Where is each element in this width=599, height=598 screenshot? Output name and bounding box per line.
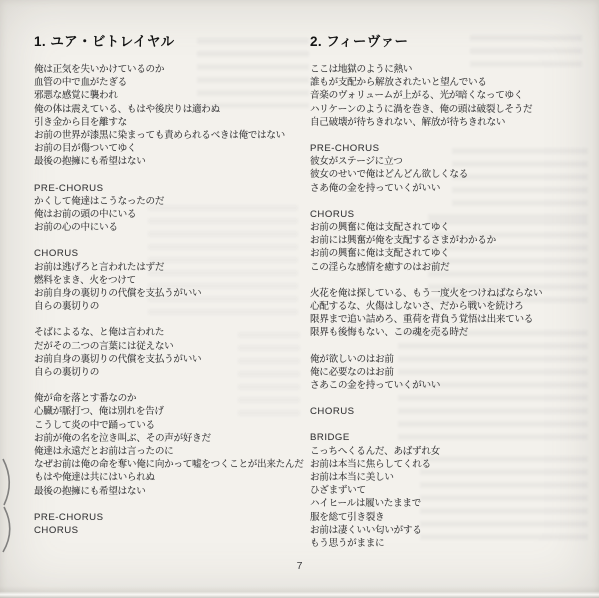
lyric-line: こうして炎の中で踊っている	[34, 419, 312, 432]
section-label: CHORUS	[34, 524, 312, 537]
lyric-line: 限界まで追い詰めろ、重荷を背負う覚悟は出来ている	[310, 313, 588, 326]
stanza: CHORUSお前は逃げろと言われたはずだ燃料をまき、火をつけてお前自身の裏切りの…	[34, 247, 312, 313]
lyric-line: 自らの裏切りの	[34, 300, 312, 313]
lyric-line: この淫らな感情を癒すのはお前だ	[310, 261, 588, 274]
lyric-line: 最後の抱擁にも希望はない	[34, 485, 312, 498]
lyric-line: お前は逃げろと言われたはずだ	[34, 261, 312, 274]
section-label: CHORUS	[310, 208, 588, 221]
lyric-line: お前の心の中にいる	[34, 221, 312, 234]
lyric-line: ハイヒールは履いたままで	[310, 497, 588, 510]
lyrics-body: ここは地獄のように熱い誰もが支配から解放されたいと望んでいる音楽のヴォリュームが…	[310, 63, 588, 550]
lyric-line: そばによるな、と俺は言われた	[34, 326, 312, 339]
stanza: 俺は正気を失いかけているのか血管の中で血がたぎる邪悪な感覚に襲われ俺の体は震えて…	[34, 63, 312, 169]
lyric-line: お前は本当に焦らしてくれる	[310, 458, 588, 471]
lyric-line: なぜお前は俺の命を奪い俺に向かって嘘をつくことが出来たんだ	[34, 458, 312, 471]
section-label: CHORUS	[310, 405, 588, 418]
stanza: 火花を俺は探している、もう一度火をつけねばならない心配するな、火傷はしないさ、だ…	[310, 287, 588, 340]
lyric-line: 血管の中で血がたぎる	[34, 76, 312, 89]
booklet-page: 1. ユア・ビトレイヤル 俺は正気を失いかけているのか血管の中で血がたぎる邪悪な…	[0, 0, 599, 598]
lyric-line: 引き金から目を離すな	[34, 116, 312, 129]
lyric-line: 俺達は永遠だとお前は言ったのに	[34, 445, 312, 458]
lyric-line: 俺が命を落とす番なのか	[34, 392, 312, 405]
section-label: PRE-CHORUS	[310, 142, 588, 155]
stanza: CHORUS	[310, 405, 588, 418]
lyrics-body: 俺は正気を失いかけているのか血管の中で血がたぎる邪悪な感覚に襲われ俺の体は震えて…	[34, 63, 312, 537]
lyric-line: さあこの金を持っていくがいい	[310, 379, 588, 392]
section-label: BRIDGE	[310, 431, 588, 444]
lyric-line: 彼女のせいで俺はどんどん欲しくなる	[310, 168, 588, 181]
lyric-line: お前は本当に美しい	[310, 471, 588, 484]
lyric-line: 燃料をまき、火をつけて	[34, 274, 312, 287]
lyric-line: だがその二つの言葉には従えない	[34, 340, 312, 353]
stanza: ここは地獄のように熱い誰もが支配から解放されたいと望んでいる音楽のヴォリュームが…	[310, 63, 588, 129]
lyric-line: さあ俺の金を持っていくがいい	[310, 182, 588, 195]
song-column-1: 1. ユア・ビトレイヤル 俺は正気を失いかけているのか血管の中で血がたぎる邪悪な…	[34, 30, 312, 550]
lyric-line: 最後の抱擁にも希望はない	[34, 155, 312, 168]
lyric-line: お前の目が傷ついてゆく	[34, 142, 312, 155]
lyric-line: 心配するな、火傷はしないさ、だから戦いを続けろ	[310, 300, 588, 313]
lyric-line: もはや俺達は共にはいられぬ	[34, 471, 312, 484]
page-bottom-edge	[0, 586, 599, 598]
lyric-line: お前の興奮に俺は支配されてゆく	[310, 247, 588, 260]
lyric-line: お前自身の裏切りの代償を支払うがいい	[34, 287, 312, 300]
lyric-line: 誰もが支配から解放されたいと望んでいる	[310, 76, 588, 89]
scan-edge-artifact	[0, 455, 20, 555]
lyric-line: もう思うがままに	[310, 537, 588, 550]
song-title: 1. ユア・ビトレイヤル	[34, 30, 312, 50]
section-label: PRE-CHORUS	[34, 182, 312, 195]
song-column-2: 2. フィーヴァー ここは地獄のように熱い誰もが支配から解放されたいと望んでいる…	[310, 30, 588, 563]
lyric-line: 彼女がステージに立つ	[310, 155, 588, 168]
stanza: PRE-CHORUSかくして俺達はこうなったのだ俺はお前の頭の中にいるお前の心の…	[34, 182, 312, 235]
lyric-line: 俺が欲しいのはお前	[310, 353, 588, 366]
lyric-line: ハリケーンのように渦を巻き、俺の頭は破裂しそうだ	[310, 103, 588, 116]
lyric-line: ここは地獄のように熱い	[310, 63, 588, 76]
lyric-line: 限界も後悔もない、この魂を売る時だ	[310, 326, 588, 339]
stanza: CHORUSお前の興奮に俺は支配されてゆくお前には興奮が俺を支配するさまがわかる…	[310, 208, 588, 274]
lyric-line: 俺は正気を失いかけているのか	[34, 63, 312, 76]
lyric-line: 自己破壊が待ちきれない、解放が待ちきれない	[310, 116, 588, 129]
page-number: 7	[0, 560, 599, 572]
lyric-line: 心臓が脈打つ、俺は別れを告げ	[34, 405, 312, 418]
stanza: そばによるな、と俺は言われただがその二つの言葉には従えないお前自身の裏切りの代償…	[34, 326, 312, 379]
lyric-line: 俺に必要なのはお前	[310, 366, 588, 379]
stanza: 俺が命を落とす番なのか心臓が脈打つ、俺は別れを告げこうして炎の中で踊っているお前…	[34, 392, 312, 498]
lyric-line: 服を総て引き裂き	[310, 511, 588, 524]
stanza: PRE-CHORUSCHORUS	[34, 511, 312, 537]
lyric-line: 邪悪な感覚に襲われ	[34, 89, 312, 102]
stanza: 俺が欲しいのはお前俺に必要なのはお前さあこの金を持っていくがいい	[310, 353, 588, 393]
lyric-line: お前の世界が漆黒に染まっても責められるべきは俺ではない	[34, 129, 312, 142]
lyric-line: 火花を俺は探している、もう一度火をつけねばならない	[310, 287, 588, 300]
lyric-line: こっちへくるんだ、あばずれ女	[310, 445, 588, 458]
lyric-line: 俺の体は震えている、もはや後戻りは適わぬ	[34, 103, 312, 116]
lyric-line: お前自身の裏切りの代償を支払うがいい	[34, 353, 312, 366]
section-label: PRE-CHORUS	[34, 511, 312, 524]
lyric-line: お前は凄くいい匂いがする	[310, 524, 588, 537]
section-label: CHORUS	[34, 247, 312, 260]
song-title: 2. フィーヴァー	[310, 30, 588, 50]
lyric-line: お前には興奮が俺を支配するさまがわかるか	[310, 234, 588, 247]
stanza: BRIDGEこっちへくるんだ、あばずれ女お前は本当に焦らしてくれるお前は本当に美…	[310, 431, 588, 550]
stanza: PRE-CHORUS彼女がステージに立つ彼女のせいで俺はどんどん欲しくなるさあ俺…	[310, 142, 588, 195]
lyric-line: 俺はお前の頭の中にいる	[34, 208, 312, 221]
lyric-line: お前の興奮に俺は支配されてゆく	[310, 221, 588, 234]
lyric-line: 音楽のヴォリュームが上がる、光が暗くなってゆく	[310, 89, 588, 102]
lyric-line: 自らの裏切りの	[34, 366, 312, 379]
lyric-line: お前が俺の名を泣き叫ぶ、その声が好きだ	[34, 432, 312, 445]
lyric-line: かくして俺達はこうなったのだ	[34, 195, 312, 208]
lyric-line: ひざまずいて	[310, 484, 588, 497]
